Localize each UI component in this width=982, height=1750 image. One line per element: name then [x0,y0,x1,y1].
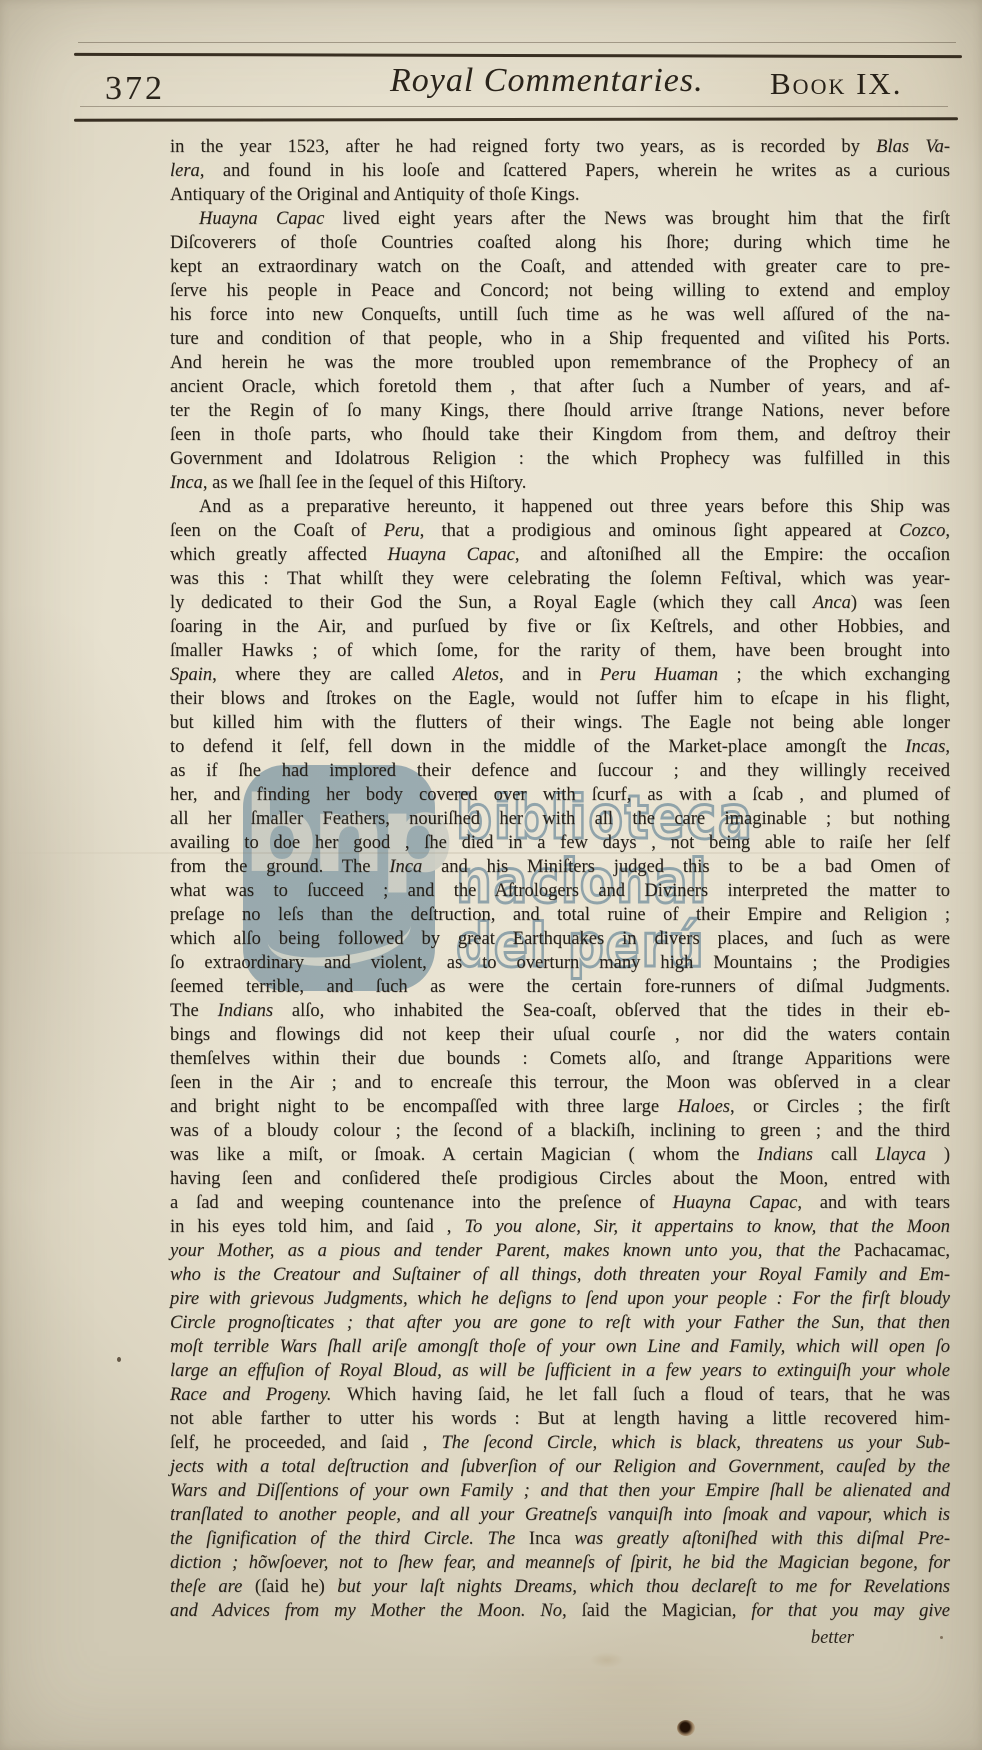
text-line: was this : That whilſt they were celebra… [170,567,950,591]
text-segment: ſaid the Magician, [582,1601,752,1621]
text-line: a ſad and weeping countenance into the p… [170,1191,950,1215]
text-segment: and found in his looſe and ſcattered Pap… [223,161,950,181]
text-segment: your Mother, as a pious and tender Paren… [170,1241,854,1261]
text-line: ſeemed terrible, and ſuch as were the ce… [170,975,950,999]
text-line: Inca, as we ſhall ſee in the ſequel of t… [170,471,950,495]
text-segment: Race and Progeny. [170,1385,347,1405]
text-segment: ter the Regin of ſo many Kings, there ſh… [170,401,950,421]
text-line: who is the Creatour and Suſtainer of all… [170,1263,950,1287]
text-segment: , and aſtoniſhed all the Empire: the occ… [515,545,950,565]
text-segment: Blas Va- [876,137,950,157]
text-segment: themſelves within their due bounds : Com… [170,1049,950,1069]
text-segment: , [945,737,950,757]
text-line: themſelves within their due bounds : Com… [170,1047,950,1071]
text-line: Wars and Diſſentions of your own Family … [170,1479,950,1503]
text-segment: but your laſt nights Dreams, which thou … [337,1577,950,1597]
book-page-scan: 372 Royal Commentaries. Book IX. bnp bib… [0,0,982,1750]
text-segment: ) was ſeen [851,593,950,613]
text-line: from the ground. The Inca and his Miniſt… [170,855,950,879]
text-line: moſt terrible Wars ſhall ariſe amongſt t… [170,1335,950,1359]
text-line: jects with a total deſtruction and ſubve… [170,1455,950,1479]
text-segment: but killed him with the flutters of thei… [170,713,950,733]
text-segment: preſage no leſs than the deſtruction, an… [170,905,950,925]
text-line: which greatly affected Huayna Capac, and… [170,543,950,567]
text-segment: The ſecond Circle, which is black, threa… [442,1433,950,1453]
text-segment: a ſad and weeping countenance into the p… [170,1193,673,1213]
text-segment: Inca [170,473,203,493]
text-segment: Which having ſaid, he let fall ſuch a fl… [347,1385,950,1405]
text-segment: ly dedicated to their God the Sun, a Roy… [170,593,813,613]
text-segment: Inca [529,1529,575,1549]
text-segment: Cozco [899,521,945,541]
text-line: ter the Regin of ſo many Kings, there ſh… [170,399,950,423]
text-line: all her ſmaller Feathers, nouriſhed her … [170,807,950,831]
catchword: better [170,1628,950,1649]
paper-speck [117,1357,121,1362]
ink-blot [677,1720,695,1736]
text-segment: ſeen on the Coaſt of [170,521,384,541]
text-segment: having ſeen and conſidered theſe prodigi… [170,1169,950,1189]
text-segment: bings and flowings did not keep their uſ… [170,1025,950,1045]
text-segment: Huayna Capac [673,1193,798,1213]
text-segment: lived eight years after the News was bro… [343,209,950,229]
text-line: The Indians alſo, who inhabited the Sea-… [170,999,950,1023]
text-segment: , [945,521,950,541]
text-segment: jects with a total deſtruction and ſubve… [170,1457,950,1477]
text-segment: call [831,1145,876,1165]
text-segment: alſo, who inhabited the Sea-coaſt, obſer… [292,1001,950,1021]
text-segment: To you alone, Sir, it appertains to know… [464,1217,950,1237]
text-segment: for that you may give [751,1601,950,1621]
text-segment: ſmaller Hawks ; of which ſome, for the r… [170,641,950,661]
text-segment: Peru Huaman [600,665,718,685]
text-segment: Peru [384,521,420,541]
text-segment: Incas [905,737,945,757]
text-segment: availing to doe her good , ſhe died in a… [170,833,950,853]
text-segment: his force into new Conqueſts, untill ſuc… [170,305,950,325]
header-rule-top [74,53,962,58]
text-segment: And herein he was the more troubled upon… [170,353,950,373]
text-line: to defend it ſelf, fell down in the midd… [170,735,950,759]
text-line: having ſeen and conſidered theſe prodigi… [170,1167,950,1191]
page-number: 372 [105,70,165,108]
text-line: Race and Progeny. Which having ſaid, he … [170,1383,950,1407]
text-line: and bright night to be encompaſſed with … [170,1095,950,1119]
text-segment: Huayna Capac [387,545,514,565]
text-segment: was this : That whilſt they were celebra… [170,569,950,589]
text-segment: Government and Idolatrous Religion : the… [170,449,950,469]
text-line: and Advices from my Mother the Moon. No,… [170,1599,950,1623]
text-line: ſmaller Hawks ; of which ſome, for the r… [170,639,950,663]
text-line: in his eyes told him, and ſaid , To you … [170,1215,950,1239]
text-line: their blows and ſtrokes on the Eagle, wo… [170,687,950,711]
text-line: ly dedicated to their God the Sun, a Roy… [170,591,950,615]
text-line: Government and Idolatrous Religion : the… [170,447,950,471]
text-segment: and his Miniſters judged this to be a ba… [441,857,950,877]
text-segment: Wars and Diſſentions of your own Family … [170,1481,950,1501]
text-segment: Inca [389,857,441,877]
text-segment: was greatly aſtoniſhed with this diſmal … [574,1529,950,1549]
text-line: diction ; hõwſoever, not to ſhew fear, a… [170,1551,950,1575]
text-segment: Pachacamac, [854,1241,950,1261]
text-segment: the ſignification of the third Circle. T… [170,1529,529,1549]
text-line: lera, and found in his looſe and ſcatter… [170,159,950,183]
text-segment: , and with tears [797,1193,950,1213]
text-segment: Circle prognoſticates ; that after you a… [170,1313,950,1333]
text-line: Huayna Capac lived eight years after the… [170,207,950,231]
paper-speck [940,1636,943,1639]
text-segment: large an effuſion of Royal Bloud, as wil… [170,1361,950,1381]
text-segment: ancient Oracle, which foretold them , th… [170,377,950,397]
text-line: Spain, where they are called Aletos, and… [170,663,950,687]
text-segment: Indians [218,1001,292,1021]
text-line: bings and flowings did not keep their uſ… [170,1023,950,1047]
text-line: the ſignification of the third Circle. T… [170,1527,950,1551]
text-segment: The [170,1001,218,1021]
paper-crease [0,852,982,854]
text-segment: what was to ſucceed ; and the Aſtrologer… [170,881,950,901]
text-segment: ) [944,1145,950,1165]
text-segment: pire with grievous Judgments, which he d… [170,1289,950,1309]
header-rule-bottom-faint [80,106,948,107]
text-segment: was like a miſt, or ſmoak. A certain Mag… [170,1145,757,1165]
text-segment: from the ground. The [170,857,389,877]
text-line: kept an extraordinary watch on the Coaſt… [170,255,950,279]
text-line: And as a preparative hereunto, it happen… [170,495,950,519]
text-line: ſo extraordinary and violent, as to over… [170,951,950,975]
text-segment: who is the Creatour and Suſtainer of all… [170,1265,950,1285]
text-segment: not able farther to utter his words : Bu… [170,1409,950,1429]
text-segment: Llayca [876,1145,944,1165]
text-segment: ſo extraordinary and violent, as to over… [170,953,950,973]
text-line: your Mother, as a pious and tender Paren… [170,1239,950,1263]
text-line: theſe are (ſaid he) but your laſt nights… [170,1575,950,1599]
text-line: her, and finding her body covered over w… [170,783,950,807]
text-segment: ſeen in thoſe parts, who ſhould take the… [170,425,950,445]
text-line: in the year 1523, after he had reigned f… [170,135,950,159]
text-line: ancient Oracle, which foretold them , th… [170,375,950,399]
text-segment: moſt terrible Wars ſhall ariſe amongſt t… [170,1337,950,1357]
text-segment: lera, [170,161,223,181]
text-segment: And as a preparative hereunto, it happen… [199,497,950,517]
text-segment: and Advices from my Mother the Moon. No, [170,1601,582,1621]
text-segment: her, and finding her body covered over w… [170,785,950,805]
text-line: preſage no leſs than the deſtruction, an… [170,903,950,927]
text-segment: Anca [813,593,851,613]
text-segment: , and in [499,665,600,685]
text-line: pire with grievous Judgments, which he d… [170,1287,950,1311]
text-line: Circle prognoſticates ; that after you a… [170,1311,950,1335]
text-segment: ſoaring in the Air, and purſued by five … [170,617,950,637]
text-line: ſeen on the Coaſt of Peru, that a prodig… [170,519,950,543]
header-rule-top-faint [78,42,956,43]
text-segment: ture and condition of that people, who i… [170,329,950,349]
running-title: Royal Commentaries. [390,62,704,100]
header-rule-bottom [74,117,958,122]
text-segment: Huayna Capac [199,209,343,229]
text-line: And herein he was the more troubled upon… [170,351,950,375]
text-segment: Indians [757,1145,830,1165]
text-line: Antiquary of the Original and Antiquity … [170,183,950,207]
text-segment: Haloes [678,1097,730,1117]
text-segment: ſerve his people in Peace and Concord; n… [170,281,950,301]
text-segment: , where they are called [212,665,453,685]
text-line: large an effuſion of Royal Bloud, as wil… [170,1359,950,1383]
text-segment: ſeemed terrible, and ſuch as were the ce… [170,977,950,997]
text-segment: was of a bloudy colour ; the ſecond of a… [170,1121,950,1141]
text-line: was like a miſt, or ſmoak. A certain Mag… [170,1143,950,1167]
text-segment: their blows and ſtrokes on the Eagle, wo… [170,689,950,709]
text-segment: , or Circles ; the firſt [730,1097,950,1117]
text-line: was of a bloudy colour ; the ſecond of a… [170,1119,950,1143]
text-segment: Aletos [453,665,499,685]
text-line: Diſcoverers of thoſe Countries coaſted a… [170,231,950,255]
text-segment: Diſcoverers of thoſe Countries coaſted a… [170,233,950,253]
text-segment: , that a prodigious and ominous ſight ap… [420,521,899,541]
text-segment: Spain [170,665,212,685]
paper-smudge [590,1652,624,1668]
text-segment: kept an extraordinary watch on the Coaſt… [170,257,950,277]
text-segment: which greatly affected [170,545,387,565]
text-segment: as if ſhe had implored their defence and… [170,761,950,781]
text-segment: ſelf, he proceeded, and ſaid , [170,1433,442,1453]
text-line: ſeen in thoſe parts, who ſhould take the… [170,423,950,447]
text-segment: Antiquary of the Original and Antiquity … [170,185,580,205]
text-block: in the year 1523, after he had reigned f… [170,135,950,1623]
text-line: which alſo being followed by great Earth… [170,927,950,951]
text-segment: , as we ſhall ſee in the ſequel of this … [203,473,527,493]
text-segment: theſe are [170,1577,255,1597]
text-line: ſelf, he proceeded, and ſaid , The ſecon… [170,1431,950,1455]
text-line: ſoaring in the Air, and purſued by five … [170,615,950,639]
text-line: ture and condition of that people, who i… [170,327,950,351]
text-line: ſerve his people in Peace and Concord; n… [170,279,950,303]
text-segment: in his eyes told him, and ſaid , [170,1217,464,1237]
text-line: ſeen in the Air ; and to encreaſe this t… [170,1071,950,1095]
book-label: Book IX. [770,66,903,102]
text-segment: ; the which exchanging [718,665,950,685]
text-line: tranſlated to another people, and all yo… [170,1503,950,1527]
text-line: but killed him with the flutters of thei… [170,711,950,735]
text-line: what was to ſucceed ; and the Aſtrologer… [170,879,950,903]
text-segment: ſeen in the Air ; and to encreaſe this t… [170,1073,950,1093]
text-segment: in the year 1523, after he had reigned f… [170,137,876,157]
text-segment: and bright night to be encompaſſed with … [170,1097,678,1117]
text-segment: which alſo being followed by great Earth… [170,929,950,949]
text-line: his force into new Conqueſts, untill ſuc… [170,303,950,327]
text-segment: to defend it ſelf, fell down in the midd… [170,737,905,757]
text-segment: diction ; hõwſoever, not to ſhew fear, a… [170,1553,950,1573]
text-segment: (ſaid he) [255,1577,337,1597]
text-segment: tranſlated to another people, and all yo… [170,1505,950,1525]
text-line: not able farther to utter his words : Bu… [170,1407,950,1431]
text-segment: all her ſmaller Feathers, nouriſhed her … [170,809,950,829]
text-line: as if ſhe had implored their defence and… [170,759,950,783]
